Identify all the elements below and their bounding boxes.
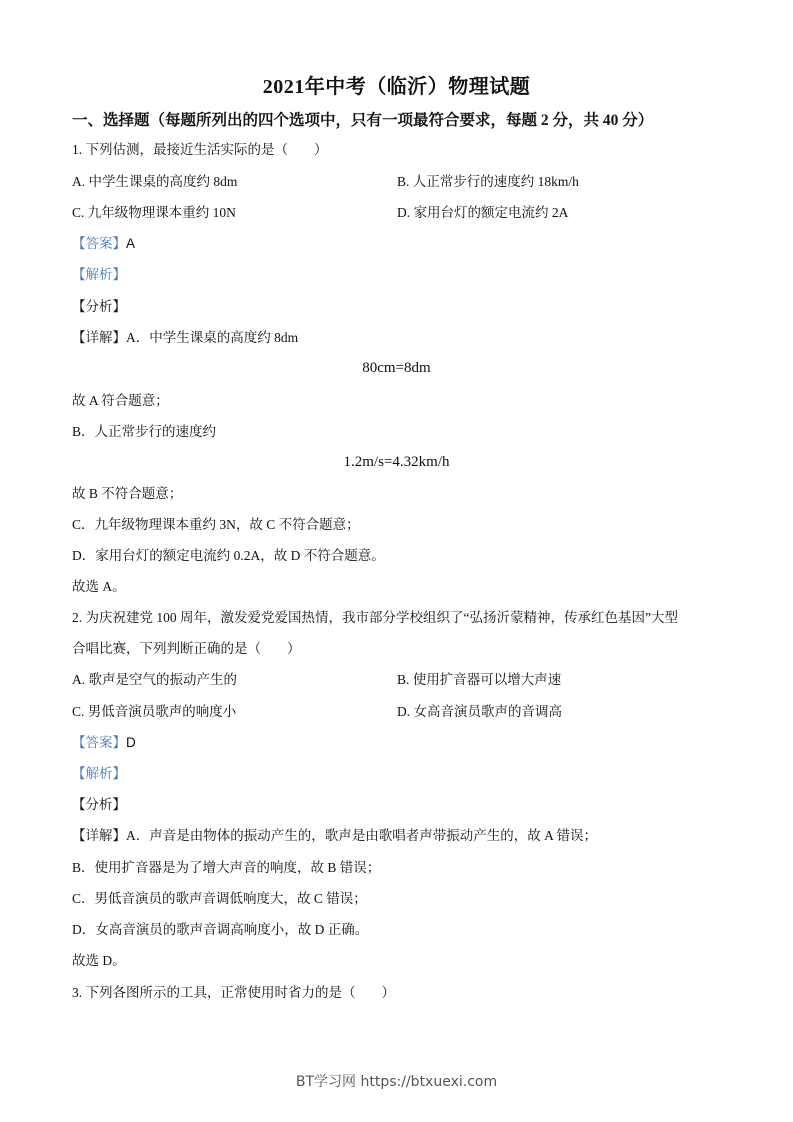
question-1-detail-line: 【详解】A．中学生课桌的高度约 8dm	[72, 329, 298, 347]
question-2-detail-line: D．女高音演员的歌声音调高响度小，故 D 正确。	[72, 921, 368, 939]
question-3-stem: 3. 下列各图所示的工具，正常使用时省力的是（）	[72, 984, 395, 1002]
answer-label: 【答案】	[72, 236, 126, 251]
question-2-option-b: B. 使用扩音器可以增大声速	[397, 671, 561, 689]
question-1-stem: 1. 下列估测，最接近生活实际的是（）	[72, 141, 328, 159]
question-1-option-a: A. 中学生课桌的高度约 8dm	[72, 173, 237, 191]
question-2-option-d: D. 女高音演员歌声的音调高	[397, 703, 562, 721]
question-1-detail-line: B．人正常步行的速度约	[72, 423, 216, 441]
question-2-detail-line: C．男低音演员的歌声音调低响度大，故 C 错误；	[72, 890, 367, 908]
exam-page: 2021年中考（临沂）物理试题 一、选择题（每题所列出的四个选项中，只有一项最符…	[0, 0, 793, 1122]
question-1-fenxi-label: 【分析】	[72, 298, 126, 316]
question-2-option-a: A. 歌声是空气的振动产生的	[72, 671, 237, 689]
question-1-option-c: C. 九年级物理课本重约 10N	[72, 204, 236, 222]
page-title: 2021年中考（临沂）物理试题	[0, 70, 793, 99]
question-1-detail-line: D．家用台灯的额定电流约 0.2A，故 D 不符合题意。	[72, 547, 385, 565]
answer-label: 【答案】	[72, 735, 126, 750]
question-1-detail-line: C．九年级物理课本重约 3N，故 C 不符合题意；	[72, 516, 360, 534]
question-2-answer: 【答案】D	[72, 734, 136, 752]
answer-value: D	[126, 735, 136, 750]
question-1-answer: 【答案】A	[72, 235, 135, 253]
question-2-analysis-label: 【解析】	[72, 765, 126, 783]
question-2-stem-cont: 合唱比赛，下列判断正确的是（）	[72, 640, 301, 658]
question-2-detail-line: B．使用扩音器是为了增大声音的响度，故 B 错误；	[72, 859, 380, 877]
question-2-stem: 2. 为庆祝建党 100 周年，激发爱党爱国热情，我市部分学校组织了“弘扬沂蒙精…	[72, 609, 678, 627]
question-1-analysis-label: 【解析】	[72, 266, 126, 284]
question-2-conclusion: 故选 D。	[72, 952, 126, 970]
footer-watermark: BT学习网 https://btxuexi.com	[0, 1071, 793, 1091]
question-2-option-c: C. 男低音演员歌声的响度小	[72, 703, 236, 721]
section-heading: 一、选择题（每题所列出的四个选项中，只有一项最符合要求，每题 2 分，共 40 …	[72, 108, 653, 130]
question-1-conclusion: 故选 A。	[72, 578, 126, 596]
question-2-detail-line: 【详解】A．声音是由物体的振动产生的，歌声是由歌唱者声带振动产生的，故 A 错误…	[72, 827, 597, 845]
question-1-option-d: D. 家用台灯的额定电流约 2A	[397, 204, 568, 222]
question-1-equation: 80cm=8dm	[0, 359, 793, 377]
question-1-option-b: B. 人正常步行的速度约 18km/h	[397, 173, 579, 191]
question-1-detail-line: 故 A 符合题意；	[72, 392, 169, 410]
question-1-detail-line: 故 B 不符合题意；	[72, 485, 182, 503]
question-2-fenxi-label: 【分析】	[72, 796, 126, 814]
answer-value: A	[126, 236, 135, 251]
question-1-equation: 1.2m/s=4.32km/h	[0, 453, 793, 471]
